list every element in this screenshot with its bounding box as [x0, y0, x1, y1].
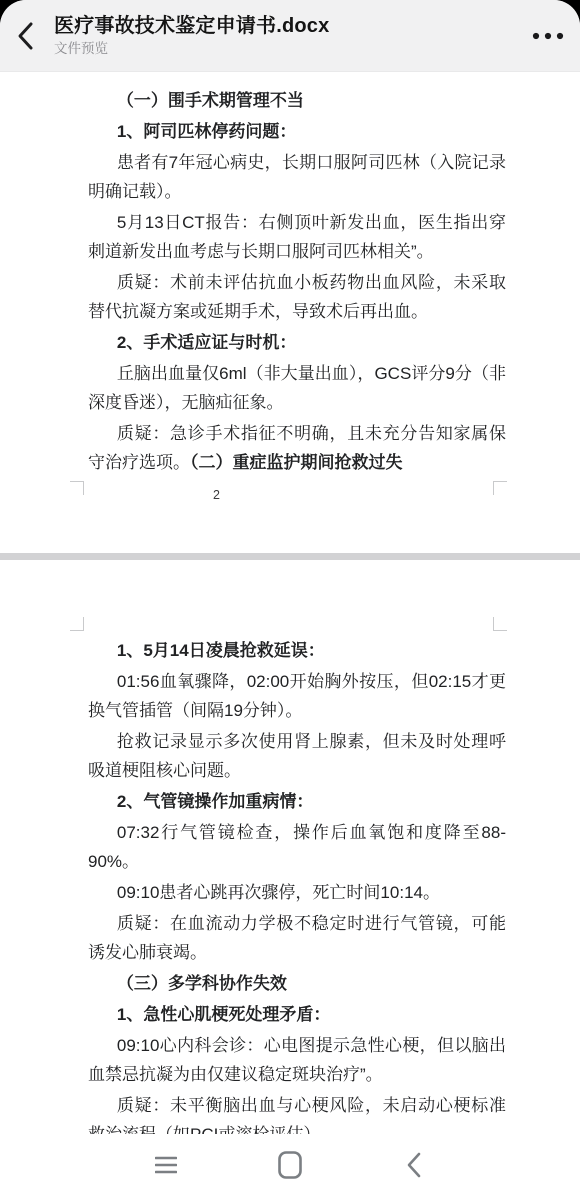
paragraph: 抢救记录显示多次使用肾上腺素，但未及时处理呼吸道梗阻核心问题。	[88, 727, 506, 785]
paragraph: 质疑：未平衡脑出血与心梗风险，未启动心梗标准救治流程（如PCI或溶栓评估）。	[88, 1091, 506, 1134]
more-options-button[interactable]	[522, 8, 574, 64]
home-icon	[278, 1151, 302, 1179]
back-chevron-icon	[406, 1152, 422, 1178]
back-button[interactable]	[4, 8, 48, 64]
heading: 2、气管镜操作加重病情：	[88, 787, 506, 816]
document-page-1: （一）围手术期管理不当1、阿司匹林停药问题：患者有7年冠心病史，长期口服阿司匹林…	[0, 72, 580, 553]
bold-text-run: （二）重症监护期间抢救过失	[190, 453, 403, 472]
document-viewer[interactable]: （一）围手术期管理不当1、阿司匹林停药问题：患者有7年冠心病史，长期口服阿司匹林…	[0, 72, 580, 1134]
paragraph: 01:56血氧骤降，02:00开始胸外按压，但02:15才更换气管插管（间隔19…	[88, 667, 506, 725]
system-navigation-bar	[0, 1134, 580, 1196]
header-titles: 医疗事故技术鉴定申请书.docx 文件预览	[48, 13, 522, 58]
heading: 1、急性心肌梗死处理矛盾：	[88, 1000, 506, 1029]
text-boundary-mark-bottom-right	[493, 481, 507, 495]
home-button[interactable]	[270, 1145, 310, 1185]
header: 医疗事故技术鉴定申请书.docx 文件预览	[0, 0, 580, 72]
page-number: 2	[213, 488, 220, 502]
document-title: 医疗事故技术鉴定申请书.docx	[54, 13, 522, 39]
header-subtitle: 文件预览	[54, 40, 522, 58]
paragraph: 丘脑出血量仅6ml（非大量出血），GCS评分9分（非深度昏迷），无脑疝征象。	[88, 359, 506, 417]
heading: 1、阿司匹林停药问题：	[88, 117, 506, 146]
paragraph: 09:10心内科会诊：心电图提示急性心梗，但以脑出血禁忌抗凝为由仅建议稳定斑块治…	[88, 1031, 506, 1089]
heading: 2、手术适应证与时机：	[88, 328, 506, 357]
nav-back-button[interactable]	[394, 1145, 434, 1185]
page-1-text: （一）围手术期管理不当1、阿司匹林停药问题：患者有7年冠心病史，长期口服阿司匹林…	[88, 86, 506, 479]
file-preview-window: 医疗事故技术鉴定申请书.docx 文件预览 （一）围手术期管理不当1、阿司匹林停…	[0, 0, 580, 1196]
paragraph: 09:10患者心跳再次骤停，死亡时间10:14。	[88, 878, 506, 907]
text-boundary-mark-bottom-left	[70, 481, 84, 495]
heading: 1、5月14日凌晨抢救延误：	[88, 636, 506, 665]
paragraph: 质疑：在血流动力学极不稳定时进行气管镜，可能诱发心肺衰竭。	[88, 909, 506, 967]
paragraph: 07:32行气管镜检查，操作后血氧饱和度降至88-90%。	[88, 818, 506, 876]
chevron-left-icon	[15, 21, 37, 51]
text-boundary-mark-top-left	[70, 617, 84, 631]
recent-apps-button[interactable]	[146, 1145, 186, 1185]
paragraph: 5月13日CT报告：右侧顶叶新发出血，医生指出穿刺道新发出血考虑与长期口服阿司匹…	[88, 208, 506, 266]
recent-apps-icon	[155, 1156, 177, 1174]
ellipsis-icon	[531, 31, 565, 41]
page-separator	[0, 553, 580, 560]
page-2-text: 1、5月14日凌晨抢救延误：01:56血氧骤降，02:00开始胸外按压，但02:…	[88, 636, 506, 1134]
paragraph: 患者有7年冠心病史，长期口服阿司匹林（入院记录明确记载）。	[88, 148, 506, 206]
paragraph: 质疑：急诊手术指征不明确，且未充分告知家属保守治疗选项。（二）重症监护期间抢救过…	[88, 419, 506, 477]
paragraph: 质疑：术前未评估抗血小板药物出血风险，未采取替代抗凝方案或延期手术，导致术后再出…	[88, 268, 506, 326]
document-page-2: 1、5月14日凌晨抢救延误：01:56血氧骤降，02:00开始胸外按压，但02:…	[0, 560, 580, 1134]
heading: （三）多学科协作失效	[88, 969, 506, 998]
heading: （一）围手术期管理不当	[88, 86, 506, 115]
text-boundary-mark-top-right	[493, 617, 507, 631]
